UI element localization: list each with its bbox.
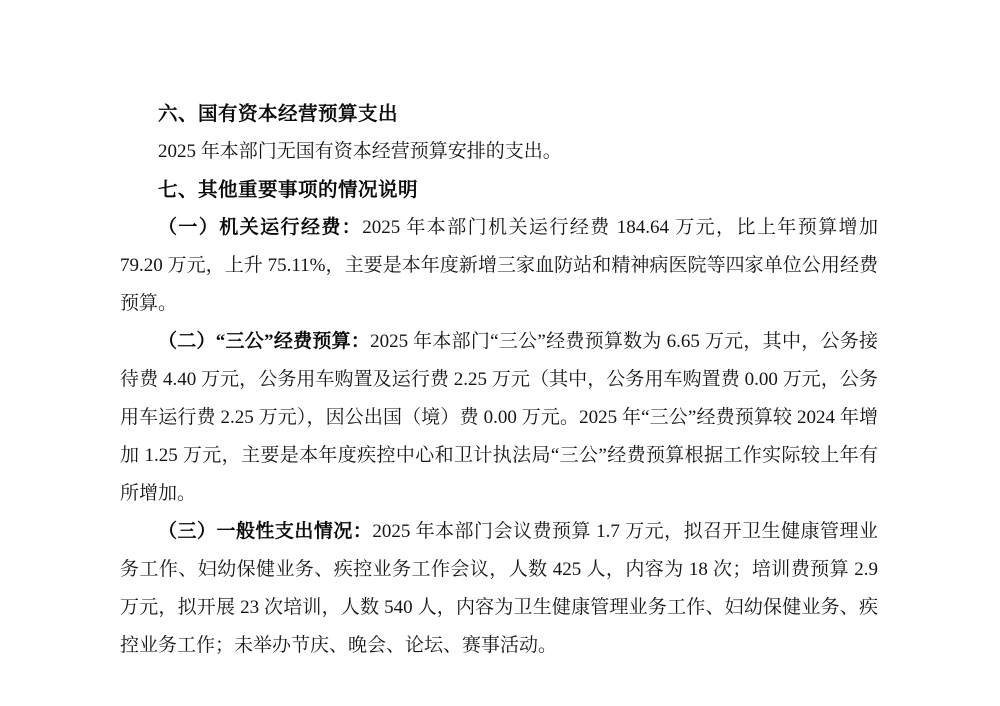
- paragraph-lead-label: （一）机关运行经费：: [158, 217, 362, 238]
- document-page: 六、国有资本经营预算支出 2025 年本部门无国有资本经营预算安排的支出。 七、…: [120, 95, 878, 665]
- paragraph-general-expenditure: （三）一般性支出情况：2025 年本部门会议费预算 1.7 万元，拟召开卫生健康…: [120, 513, 878, 665]
- paragraph-text: 2025 年本部门无国有资本经营预算安排的支出。: [158, 141, 562, 162]
- paragraph-lead-label: （三）一般性支出情况：: [158, 521, 372, 542]
- paragraph-agency-operating-funds: （一）机关运行经费：2025 年本部门机关运行经费 184.64 万元，比上年预…: [120, 209, 878, 323]
- section-heading-other-important-matters: 七、其他重要事项的情况说明: [120, 171, 878, 209]
- paragraph-lead-label: （二）“三公”经费预算：: [158, 331, 370, 352]
- paragraph-no-soe-budget: 2025 年本部门无国有资本经营预算安排的支出。: [120, 133, 878, 171]
- paragraph-three-public-expenses-budget: （二）“三公”经费预算：2025 年本部门“三公”经费预算数为 6.65 万元，…: [120, 323, 878, 513]
- section-heading-soe-budget-expenditure: 六、国有资本经营预算支出: [120, 95, 878, 133]
- paragraph-text: 2025 年本部门“三公”经费预算数为 6.65 万元，其中，公务接待费 4.4…: [120, 331, 878, 504]
